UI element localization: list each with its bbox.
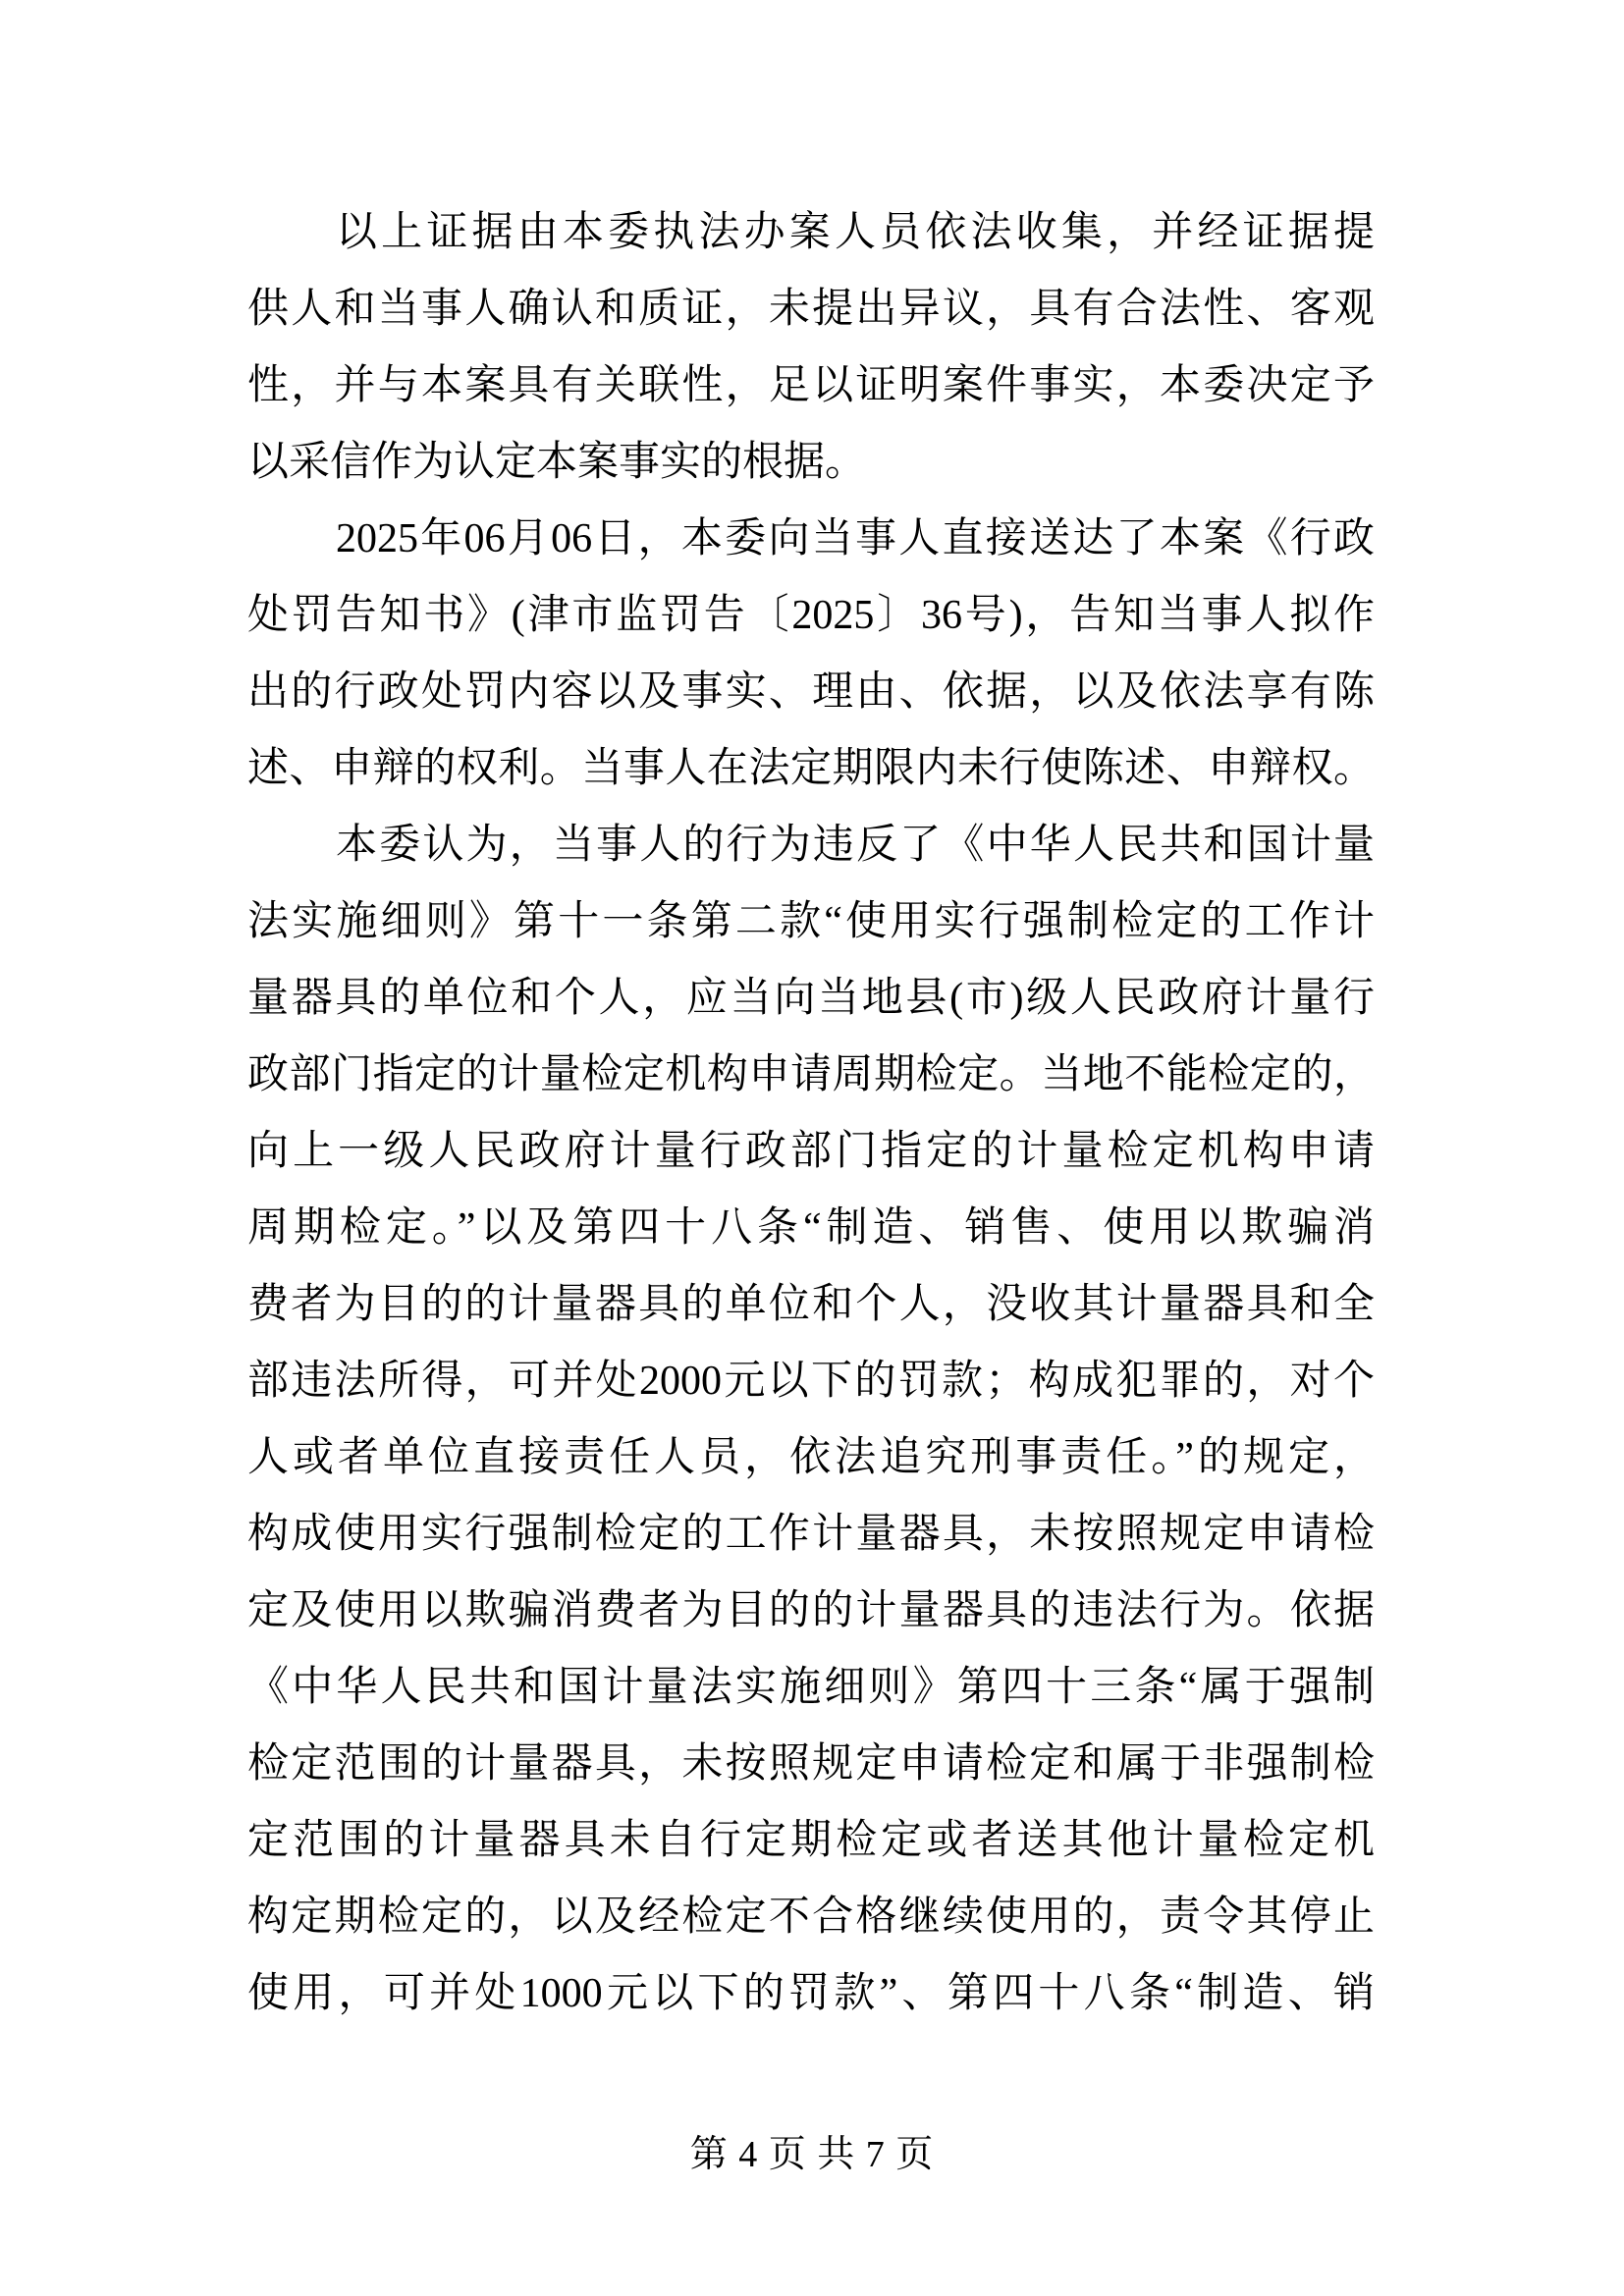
document-page: 以上证据由本委执法办案人员依法收集，并经证据提供人和当事人确认和质证，未提出异议… [0, 0, 1624, 2296]
text-line: 以采信作为认定本案事实的根据。 [247, 424, 1375, 501]
text-line: 人或者单位直接责任人员，依法追究刑事责任。”的规定， [247, 1419, 1375, 1496]
text-line: 性，并与本案具有关联性，足以证明案件事实，本委决定予 [247, 347, 1375, 424]
text-line: 构成使用实行强制检定的工作计量器具，未按照规定申请检 [247, 1496, 1375, 1573]
text-line: 2025年06月06日，本委向当事人直接送达了本案《行政 [247, 501, 1375, 577]
text-line: 费者为目的的计量器具的单位和个人，没收其计量器具和全 [247, 1266, 1375, 1343]
page-number: 第 4 页 共 7 页 [690, 2134, 935, 2175]
text-line: 政部门指定的计量检定机构申请周期检定。当地不能检定的， [247, 1037, 1375, 1113]
document-body: 以上证据由本委执法办案人员依法收集，并经证据提供人和当事人确认和质证，未提出异议… [247, 194, 1375, 2032]
text-line: 出的行政处罚内容以及事实、理由、依据，以及依法享有陈 [247, 654, 1375, 730]
text-line: 本委认为，当事人的行为违反了《中华人民共和国计量 [247, 807, 1375, 883]
text-line: 处罚告知书》(津市监罚告〔2025〕36号)，告知当事人拟作 [247, 577, 1375, 654]
text-line: 部违法所得，可并处2000元以下的罚款；构成犯罪的，对个 [247, 1343, 1375, 1419]
text-line: 量器具的单位和个人，应当向当地县(市)级人民政府计量行 [247, 960, 1375, 1037]
text-line: 构定期检定的，以及经检定不合格继续使用的，责令其停止 [247, 1879, 1375, 1955]
text-line: 周期检定。”以及第四十八条“制造、销售、使用以欺骗消 [247, 1190, 1375, 1266]
text-line: 检定范围的计量器具，未按照规定申请检定和属于非强制检 [247, 1726, 1375, 1802]
text-line: 法实施细则》第十一条第二款“使用实行强制检定的工作计 [247, 883, 1375, 960]
page-footer: 第 4 页 共 7 页 [0, 2132, 1624, 2177]
text-line: 使用，可并处1000元以下的罚款”、第四十八条“制造、销 [247, 1955, 1375, 2032]
text-line: 供人和当事人确认和质证，未提出异议，具有合法性、客观 [247, 271, 1375, 347]
text-line: 以上证据由本委执法办案人员依法收集，并经证据提 [247, 194, 1375, 271]
text-line: 定范围的计量器具未自行定期检定或者送其他计量检定机 [247, 1802, 1375, 1879]
text-line: 向上一级人民政府计量行政部门指定的计量检定机构申请 [247, 1113, 1375, 1190]
text-line: 述、申辩的权利。当事人在法定期限内未行使陈述、申辩权。 [247, 730, 1375, 807]
text-line: 定及使用以欺骗消费者为目的的计量器具的违法行为。依据 [247, 1573, 1375, 1649]
text-line: 《中华人民共和国计量法实施细则》第四十三条“属于强制 [247, 1649, 1375, 1726]
